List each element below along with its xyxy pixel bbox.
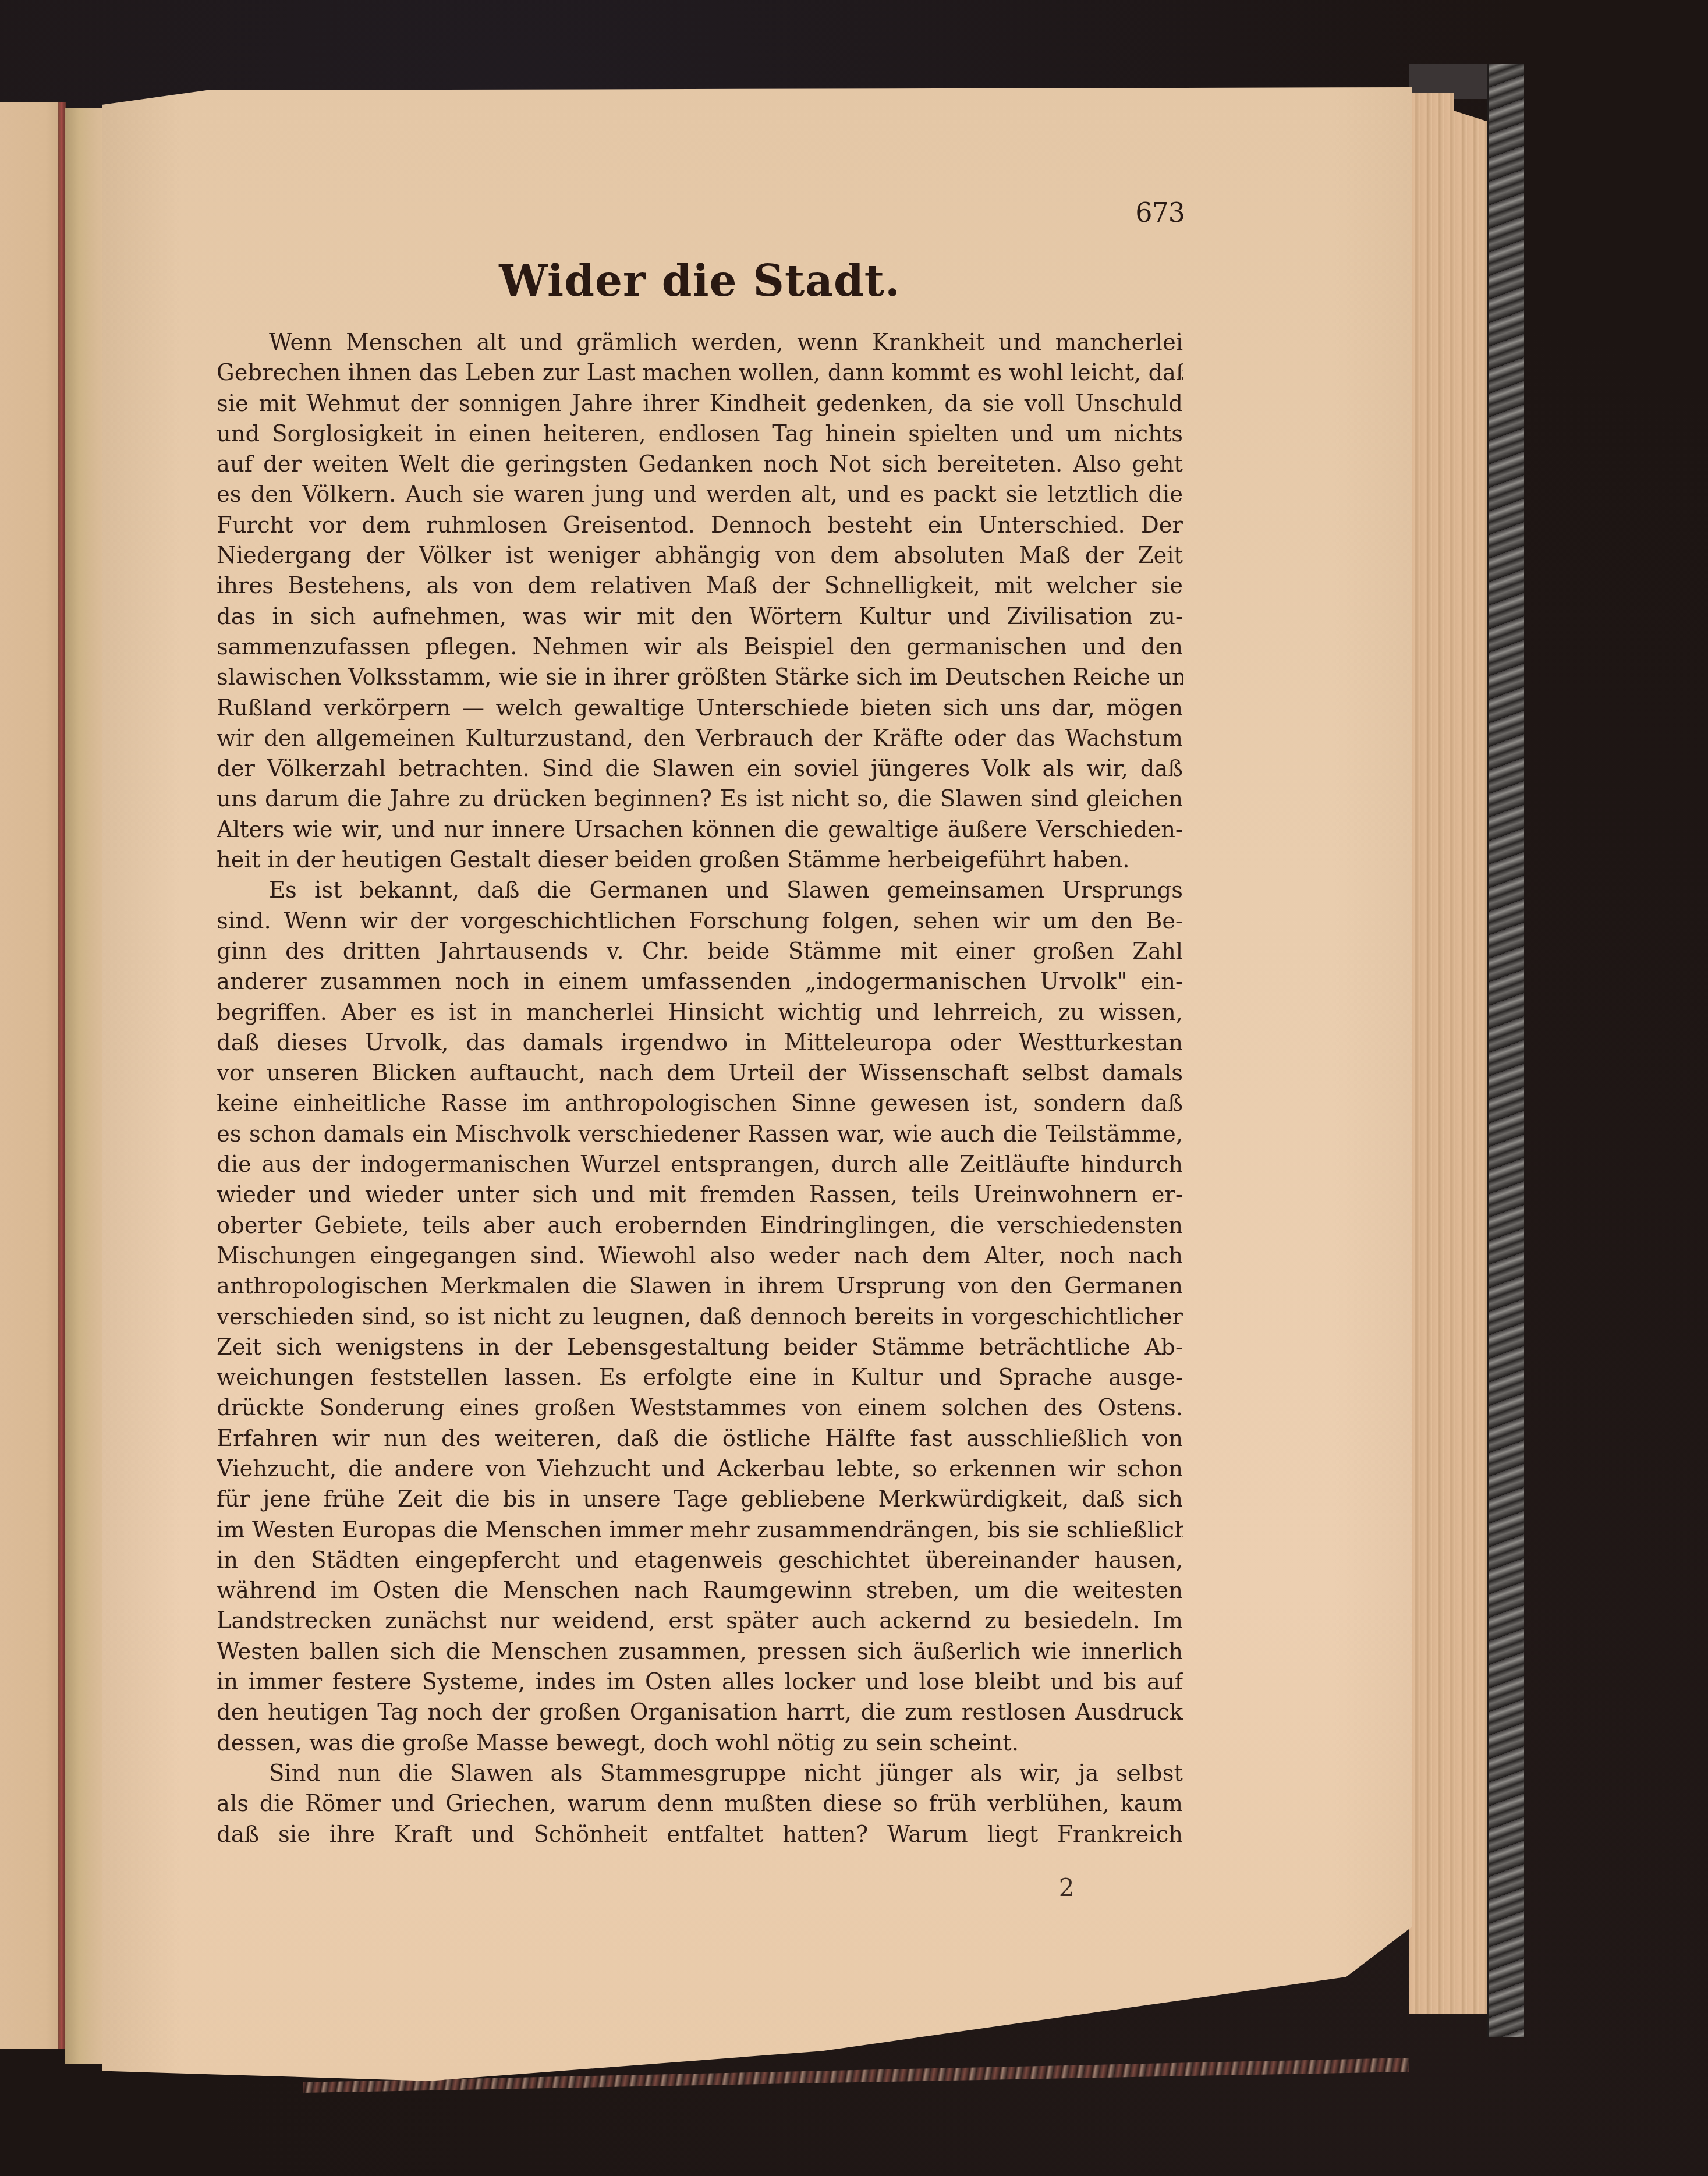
page-edges-stack bbox=[1409, 93, 1490, 2014]
text-line: Zeit sich wenigstens in der Lebensgestal… bbox=[217, 1332, 1183, 1363]
text-line: Wenn Menschen alt und grämlich werden, w… bbox=[217, 328, 1183, 358]
text-line: Niedergang der Völker ist weniger abhäng… bbox=[217, 541, 1183, 571]
signature-mark: 2 bbox=[1055, 1873, 1078, 1902]
text-line: Westen ballen sich die Menschen zusammen… bbox=[217, 1637, 1183, 1667]
body-text: Wenn Menschen alt und grämlich werden, w… bbox=[217, 328, 1183, 1850]
text-line: den heutigen Tag noch der großen Organis… bbox=[217, 1697, 1183, 1728]
text-line: dessen, was die große Masse bewegt, doch… bbox=[217, 1728, 1183, 1759]
chapter-title: Wider die Stadt. bbox=[217, 256, 1183, 306]
marbled-cover-edge bbox=[1487, 64, 1524, 2037]
text-line: verschieden sind, so ist nicht zu leugne… bbox=[217, 1302, 1183, 1332]
left-page-sliver bbox=[0, 102, 65, 2049]
text-line: sammenzufassen pflegen. Nehmen wir als B… bbox=[217, 632, 1183, 662]
text-line: drückte Sonderung eines großen Weststamm… bbox=[217, 1393, 1183, 1423]
text-line: anderer zusammen noch in einem umfassend… bbox=[217, 967, 1183, 997]
text-line: auf der weiten Welt die geringsten Gedan… bbox=[217, 449, 1183, 480]
text-line: Es ist bekannt, daß die Germanen und Sla… bbox=[217, 876, 1183, 906]
text-line: wieder und wieder unter sich und mit fre… bbox=[217, 1180, 1183, 1210]
text-line: der Völkerzahl betrachten. Sind die Slaw… bbox=[217, 754, 1183, 784]
text-line: Landstrecken zunächst nur weidend, erst … bbox=[217, 1606, 1183, 1636]
text-line: während im Osten die Menschen nach Raumg… bbox=[217, 1576, 1183, 1606]
text-line: es den Völkern. Auch sie waren jung und … bbox=[217, 480, 1183, 510]
text-line: Rußland verkörpern — welch gewaltige Unt… bbox=[217, 693, 1183, 724]
text-line: daß sie ihre Kraft und Schönheit entfalt… bbox=[217, 1820, 1183, 1850]
text-line: als die Römer und Griechen, warum denn m… bbox=[217, 1789, 1183, 1819]
text-line: Erfahren wir nun des weiteren, daß die ö… bbox=[217, 1424, 1183, 1454]
text-line: für jene frühe Zeit die bis in unsere Ta… bbox=[217, 1484, 1183, 1515]
text-line: uns darum die Jahre zu drücken beginnen?… bbox=[217, 784, 1183, 814]
text-line: Sind nun die Slawen als Stammesgruppe ni… bbox=[217, 1759, 1183, 1789]
text-line: und Sorglosigkeit in einen heiteren, end… bbox=[217, 419, 1183, 449]
text-line: slawischen Volksstamm, wie sie in ihrer … bbox=[217, 662, 1183, 693]
text-line: im Westen Europas die Menschen immer meh… bbox=[217, 1515, 1183, 1546]
text-line: Furcht vor dem ruhmlosen Greisentod. Den… bbox=[217, 511, 1183, 541]
text-line: Alters wie wir, und nur innere Ursachen … bbox=[217, 815, 1183, 845]
text-line: das in sich aufnehmen, was wir mit den W… bbox=[217, 602, 1183, 632]
text-line: die aus der indogermanischen Wurzel ents… bbox=[217, 1150, 1183, 1180]
book-gutter bbox=[65, 108, 106, 2064]
text-line: heit in der heutigen Gestalt dieser beid… bbox=[217, 845, 1183, 876]
text-line: anthropologischen Merkmalen die Slawen i… bbox=[217, 1271, 1183, 1302]
text-line: in den Städten eingepfercht und etagenwe… bbox=[217, 1546, 1183, 1576]
text-line: Mischungen eingegangen sind. Wiewohl als… bbox=[217, 1241, 1183, 1271]
text-line: Gebrechen ihnen das Leben zur Last mache… bbox=[217, 358, 1183, 388]
text-line: es schon damals ein Mischvolk verschiede… bbox=[217, 1119, 1183, 1150]
text-line: in immer festere Systeme, indes im Osten… bbox=[217, 1667, 1183, 1697]
text-line: Viehzucht, die andere von Viehzucht und … bbox=[217, 1454, 1183, 1484]
text-line: vor unseren Blicken auftaucht, nach dem … bbox=[217, 1058, 1183, 1089]
text-line: sie mit Wehmut der sonnigen Jahre ihrer … bbox=[217, 389, 1183, 419]
text-line: keine einheitliche Rasse im anthropologi… bbox=[217, 1089, 1183, 1119]
text-line: wir den allgemeinen Kulturzustand, den V… bbox=[217, 724, 1183, 754]
text-line: ihres Bestehens, als von dem relativen M… bbox=[217, 571, 1183, 601]
text-line: ginn des dritten Jahrtausends v. Chr. be… bbox=[217, 937, 1183, 967]
text-line: oberter Gebiete, teils aber auch erobern… bbox=[217, 1211, 1183, 1241]
page-number: 673 bbox=[1121, 197, 1185, 228]
text-line: begriffen. Aber es ist in mancherlei Hin… bbox=[217, 998, 1183, 1028]
text-line: sind. Wenn wir der vorgeschichtlichen Fo… bbox=[217, 906, 1183, 937]
text-line: weichungen feststellen lassen. Es erfolg… bbox=[217, 1363, 1183, 1393]
text-line: daß dieses Urvolk, das damals irgendwo i… bbox=[217, 1028, 1183, 1058]
